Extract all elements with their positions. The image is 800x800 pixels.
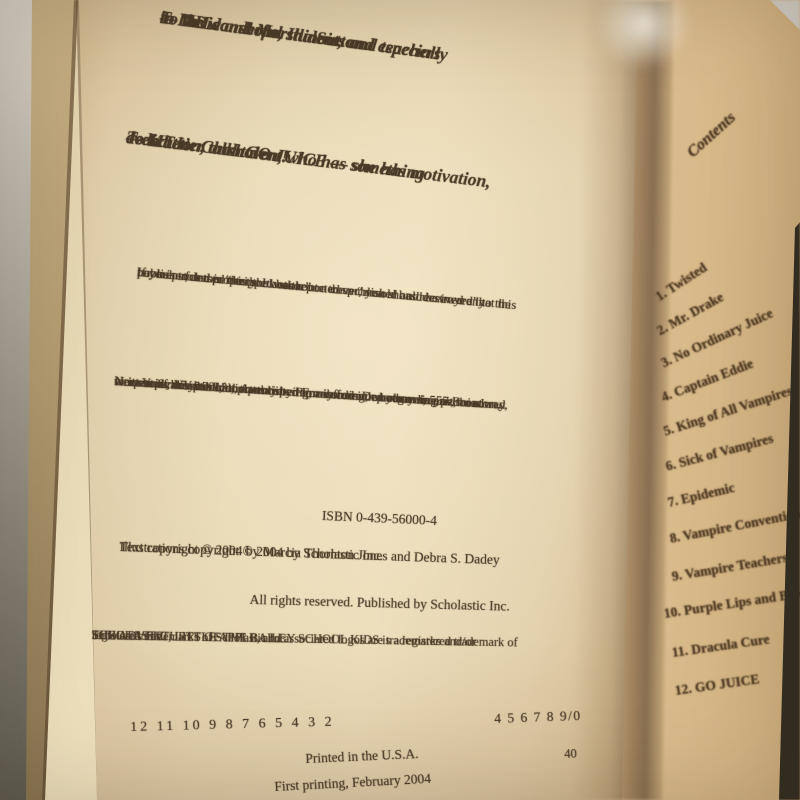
page-number: 40 bbox=[564, 746, 577, 762]
printers-key-right: 4 5 6 7 8 9/0 bbox=[494, 708, 582, 727]
open-book-photo: To the wonderful students and teachers i… bbox=[0, 0, 800, 800]
trademark-line: Scholastic Inc. bbox=[92, 626, 165, 646]
book-gutter-shadow bbox=[570, 0, 673, 800]
